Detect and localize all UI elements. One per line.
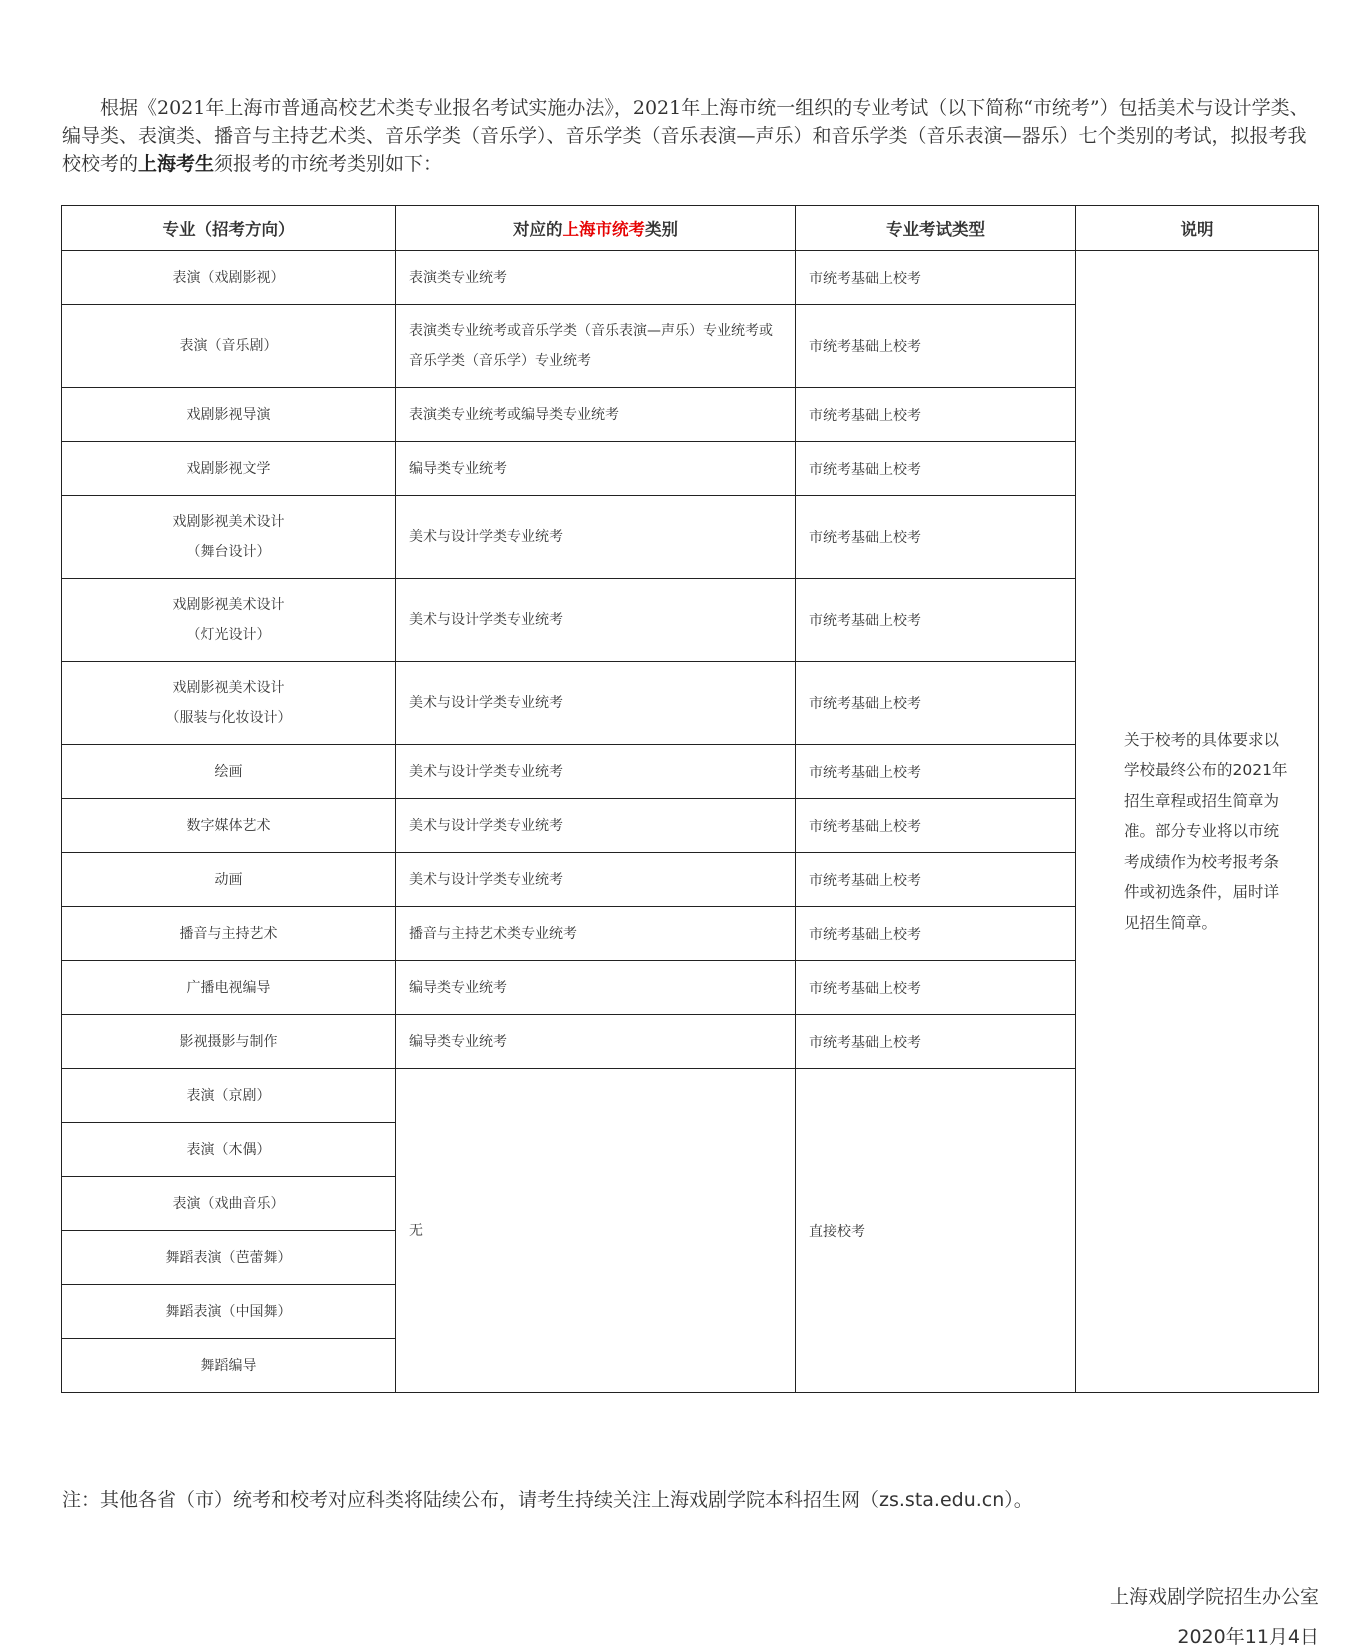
signature-date: 2020年11月4日 bbox=[1177, 1622, 1319, 1648]
cell-corresponding-category: 美术与设计学类专业统考 bbox=[396, 579, 796, 662]
cell-major: 舞蹈表演（芭蕾舞） bbox=[62, 1231, 396, 1285]
cell-exam-type: 市统考基础上校考 bbox=[796, 907, 1076, 961]
cell-corresponding-category: 表演类专业统考或编导类专业统考 bbox=[396, 388, 796, 442]
cell-major: 表演（木偶） bbox=[62, 1123, 396, 1177]
cell-major: 表演（京剧） bbox=[62, 1069, 396, 1123]
header-exam-type: 专业考试类型 bbox=[796, 206, 1076, 251]
table-body: 表演（戏剧影视）表演类专业统考市统考基础上校考关于校考的具体要求以学校最终公布的… bbox=[62, 251, 1319, 1393]
cell-major: 戏剧影视美术设计（舞台设计） bbox=[62, 496, 396, 579]
cell-corresponding-category: 美术与设计学类专业统考 bbox=[396, 662, 796, 745]
cell-corresponding-category: 播音与主持艺术类专业统考 bbox=[396, 907, 796, 961]
cell-exam-type: 市统考基础上校考 bbox=[796, 745, 1076, 799]
cell-major: 表演（音乐剧） bbox=[62, 305, 396, 388]
cell-corresponding-category: 美术与设计学类专业统考 bbox=[396, 745, 796, 799]
cell-exam-type: 市统考基础上校考 bbox=[796, 799, 1076, 853]
exam-category-table: 专业（招考方向） 对应的上海市统考类别 专业考试类型 说明 表演（戏剧影视）表演… bbox=[61, 205, 1319, 1393]
table-row: 表演（戏剧影视）表演类专业统考市统考基础上校考关于校考的具体要求以学校最终公布的… bbox=[62, 251, 1319, 305]
cell-corresponding-category: 编导类专业统考 bbox=[396, 961, 796, 1015]
cell-major: 戏剧影视文学 bbox=[62, 442, 396, 496]
cell-exam-type: 市统考基础上校考 bbox=[796, 662, 1076, 745]
intro-bold-text: 上海考生 bbox=[138, 153, 214, 175]
cell-major: 播音与主持艺术 bbox=[62, 907, 396, 961]
intro-text-2: 须报考的市统考类别如下： bbox=[214, 153, 442, 175]
cell-major: 舞蹈编导 bbox=[62, 1339, 396, 1393]
cell-exam-type: 市统考基础上校考 bbox=[796, 1015, 1076, 1069]
cell-exam-type: 市统考基础上校考 bbox=[796, 496, 1076, 579]
cell-exam-type: 市统考基础上校考 bbox=[796, 853, 1076, 907]
header-note: 说明 bbox=[1076, 206, 1319, 251]
cell-major: 舞蹈表演（中国舞） bbox=[62, 1285, 396, 1339]
cell-major-sub: （服装与化妆设计） bbox=[166, 710, 292, 726]
cell-major: 动画 bbox=[62, 853, 396, 907]
cell-major: 戏剧影视美术设计（服装与化妆设计） bbox=[62, 662, 396, 745]
table-header-row: 专业（招考方向） 对应的上海市统考类别 专业考试类型 说明 bbox=[62, 206, 1319, 251]
cell-exam-type: 市统考基础上校考 bbox=[796, 251, 1076, 305]
header-major: 专业（招考方向） bbox=[62, 206, 396, 251]
signature-org: 上海戏剧学院招生办公室 bbox=[1110, 1582, 1319, 1609]
header-corresponding-category: 对应的上海市统考类别 bbox=[396, 206, 796, 251]
cell-major: 数字媒体艺术 bbox=[62, 799, 396, 853]
note-text: 关于校考的具体要求以学校最终公布的2021年招生章程或招生简章为准。部分专业将以… bbox=[1124, 705, 1290, 939]
cell-major: 表演（戏剧影视） bbox=[62, 251, 396, 305]
cell-corresponding-category: 美术与设计学类专业统考 bbox=[396, 799, 796, 853]
cell-major: 戏剧影视导演 bbox=[62, 388, 396, 442]
cell-corresponding-category: 编导类专业统考 bbox=[396, 1015, 796, 1069]
intro-paragraph: 根据《2021年上海市普通高校艺术类专业报名考试实施办法》，2021年上海市统一… bbox=[62, 94, 1312, 178]
header-corr-prefix: 对应的 bbox=[513, 220, 563, 239]
cell-exam-type: 直接校考 bbox=[796, 1069, 1076, 1393]
cell-major: 影视摄影与制作 bbox=[62, 1015, 396, 1069]
cell-note: 关于校考的具体要求以学校最终公布的2021年招生章程或招生简章为准。部分专业将以… bbox=[1076, 251, 1319, 1393]
cell-exam-type: 市统考基础上校考 bbox=[796, 388, 1076, 442]
cell-corresponding-category: 表演类专业统考 bbox=[396, 251, 796, 305]
cell-major: 绘画 bbox=[62, 745, 396, 799]
cell-corresponding-category: 无 bbox=[396, 1069, 796, 1393]
cell-major-sub: （舞台设计） bbox=[187, 544, 271, 560]
cell-major: 广播电视编导 bbox=[62, 961, 396, 1015]
cell-corresponding-category: 美术与设计学类专业统考 bbox=[396, 496, 796, 579]
cell-exam-type: 市统考基础上校考 bbox=[796, 579, 1076, 662]
cell-major: 表演（戏曲音乐） bbox=[62, 1177, 396, 1231]
footnote: 注：其他各省（市）统考和校考对应科类将陆续公布，请考生持续关注上海戏剧学院本科招… bbox=[62, 1485, 1033, 1512]
header-corr-highlight: 上海市统考 bbox=[563, 220, 646, 239]
cell-exam-type: 市统考基础上校考 bbox=[796, 442, 1076, 496]
cell-corresponding-category: 美术与设计学类专业统考 bbox=[396, 853, 796, 907]
header-corr-suffix: 类别 bbox=[645, 220, 678, 239]
cell-exam-type: 市统考基础上校考 bbox=[796, 961, 1076, 1015]
cell-corresponding-category: 表演类专业统考或音乐学类（音乐表演—声乐）专业统考或音乐学类（音乐学）专业统考 bbox=[396, 305, 796, 388]
cell-exam-type: 市统考基础上校考 bbox=[796, 305, 1076, 388]
cell-corresponding-category: 编导类专业统考 bbox=[396, 442, 796, 496]
cell-major: 戏剧影视美术设计（灯光设计） bbox=[62, 579, 396, 662]
cell-major-sub: （灯光设计） bbox=[187, 627, 271, 643]
